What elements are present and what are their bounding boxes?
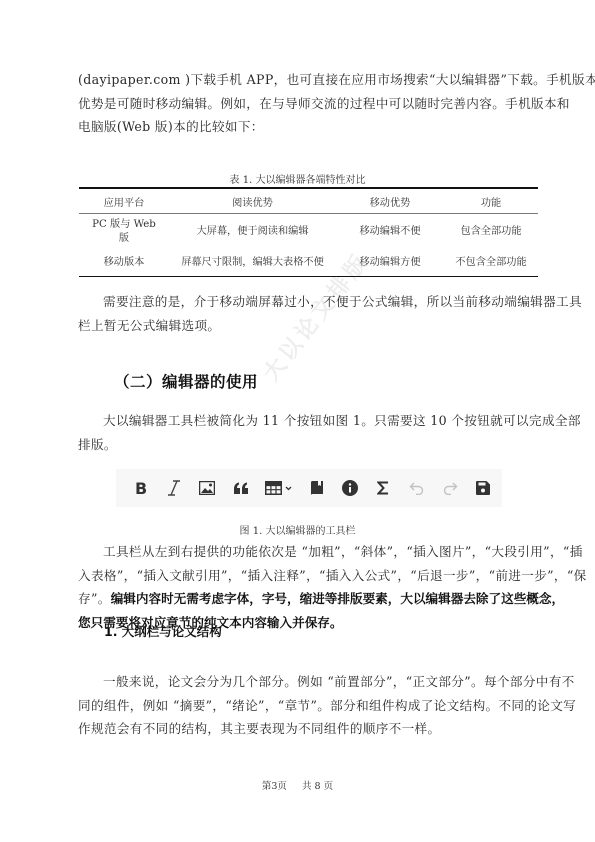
paragraph-functions: 工具栏从左到右提供的功能依次是 “加粗”，“斜体”，“插入图片”，“大段引用”，…	[78, 540, 540, 634]
redo-icon	[442, 481, 458, 495]
section-heading: （二）编辑器的使用	[114, 370, 258, 392]
text-line: 电脑版(Web 版)本的比较如下：	[78, 115, 540, 139]
cell-platform: 移动版本	[79, 250, 169, 277]
insert-citation-button[interactable]	[302, 476, 331, 500]
col-header-features: 功能	[444, 188, 538, 214]
comparison-table: 应用平台 阅读优势 移动优势 功能 PC 版与 Web 版 大屏幕，便于阅读和编…	[79, 187, 538, 277]
paragraph-intro: (dayipaper.com )下载手机 APP，也可直接在应用市场搜索“大以编…	[78, 68, 540, 139]
insert-note-button[interactable]	[336, 476, 365, 500]
undo-button[interactable]	[402, 476, 431, 500]
svg-text:B: B	[135, 480, 147, 496]
text-line: 入表格”，“插入文献引用”，“插入注释”，“插入入公式”，“后退一步”，“前进一…	[78, 564, 540, 588]
cell-features: 包含全部功能	[444, 214, 538, 251]
text-line: 作规范会有不同的结构，其主要表现为不同组件的顺序不一样。	[78, 717, 540, 741]
blockquote-button[interactable]	[226, 476, 255, 500]
subsection-heading: 1. 大纲栏与论文结构	[104, 622, 222, 640]
table-caption: 表 1. 大以编辑器各端特性对比	[0, 171, 595, 186]
document-page: (dayipaper.com )下载手机 APP，也可直接在应用市场搜索“大以编…	[0, 0, 595, 842]
cell-features: 不包含全部功能	[444, 250, 538, 277]
col-header-reading: 阅读优势	[169, 188, 336, 214]
text-line: 一般来说，论文会分为几个部分。例如 “前置部分”，“正文部分”。每个部分中有不	[78, 670, 540, 694]
save-button[interactable]	[469, 476, 498, 500]
save-icon	[476, 481, 490, 495]
col-header-platform: 应用平台	[79, 188, 169, 214]
table-icon	[265, 481, 293, 495]
text-line: 存”。	[78, 591, 111, 606]
cell-text: PC 版与 Web	[92, 219, 156, 230]
image-icon	[199, 481, 215, 495]
page-number: 第3页	[262, 781, 287, 792]
bold-button[interactable]: B	[126, 476, 155, 500]
paragraph-structure: 一般来说，论文会分为几个部分。例如 “前置部分”，“正文部分”。每个部分中有不 …	[78, 670, 540, 741]
figure-caption: 图 1. 大以编辑器的工具栏	[0, 522, 595, 537]
page-footer: 第3页 共 8 页	[0, 778, 595, 792]
text-line: 同的组件，例如 “摘要”，“绪论”，“章节”。部分和组件构成了论文结构。不同的论…	[78, 694, 540, 718]
table-row: 移动版本 屏幕尺寸限制，编辑大表格不便 移动编辑方便 不包含全部功能	[79, 250, 538, 277]
bookmark-book-icon	[311, 481, 323, 496]
editor-toolbar-figure: B	[116, 469, 502, 507]
text-line: 大以编辑器工具栏被简化为 11 个按钮如图 1。只需要这 10 个按钮就可以完成…	[78, 409, 540, 433]
insert-image-button[interactable]	[193, 476, 222, 500]
page-total: 共 8 页	[302, 781, 333, 792]
cell-reading: 大屏幕，便于阅读和编辑	[169, 214, 336, 251]
col-header-mobile: 移动优势	[336, 188, 444, 214]
bold-emphasis-text: 编辑内容时无需考虑字体，字号，缩进等排版要素，大以编辑器去除了这些概念，	[111, 591, 564, 606]
undo-icon	[409, 481, 425, 495]
cell-reading: 屏幕尺寸限制，编辑大表格不便	[169, 250, 336, 277]
quote-icon	[233, 482, 249, 494]
chevron-down-icon	[286, 487, 291, 490]
insert-table-button[interactable]	[259, 476, 298, 500]
paragraph-toolbar-intro: 大以编辑器工具栏被简化为 11 个按钮如图 1。只需要这 10 个按钮就可以完成…	[78, 409, 540, 456]
cell-text: 版	[119, 233, 129, 244]
info-icon	[342, 480, 358, 496]
bold-icon: B	[134, 480, 148, 496]
text-line: (dayipaper.com )下载手机 APP，也可直接在应用市场搜索“大以编…	[78, 68, 540, 92]
cell-mobile: 移动编辑不便	[336, 214, 444, 251]
text-line: 优势是可随时移动编辑。例如，在与导师交流的过程中可以随时完善内容。手机版本和	[78, 92, 540, 116]
table-row: PC 版与 Web 版 大屏幕，便于阅读和编辑 移动编辑不便 包含全部功能	[79, 214, 538, 251]
text-line: 排版。	[78, 433, 540, 457]
italic-button[interactable]	[159, 476, 188, 500]
cell-platform: PC 版与 Web 版	[79, 214, 169, 251]
insert-formula-button[interactable]	[369, 476, 398, 500]
redo-button[interactable]	[435, 476, 464, 500]
text-line: 工具栏从左到右提供的功能依次是 “加粗”，“斜体”，“插入图片”，“大段引用”，…	[78, 540, 540, 564]
sigma-icon	[377, 481, 389, 495]
table-header-row: 应用平台 阅读优势 移动优势 功能	[79, 188, 538, 214]
italic-icon	[167, 480, 181, 496]
